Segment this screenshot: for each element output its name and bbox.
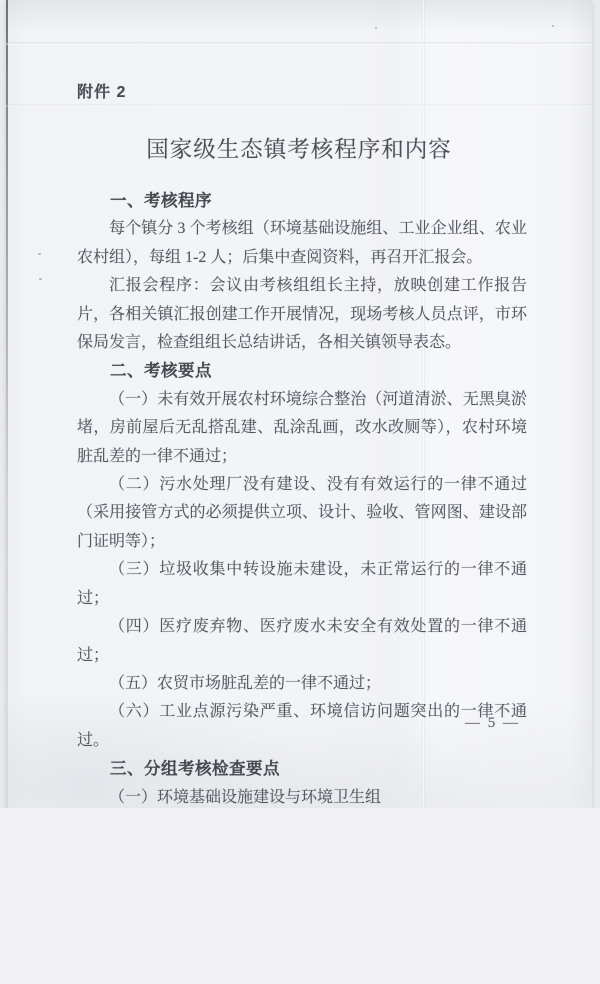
dust-speck <box>552 25 554 27</box>
scanned-document-view: 附件 2 国家级生态镇考核程序和内容 一、考核程序 每个镇分 3 个考核组（环境… <box>0 0 600 984</box>
section-heading-3: 三、分组考核检查要点 <box>77 755 527 783</box>
document-title: 国家级生态镇考核程序和内容 <box>6 132 592 164</box>
paragraph: （三）垃圾收集中转设施未建设，未正常运行的一律不通过； <box>77 556 527 613</box>
paragraph: （二）污水处理厂没有建设、没有有效运行的一律不通过（采用接管方式的必须提供立项、… <box>77 471 527 556</box>
paragraph: （一）未有效开展农村环境综合整治（河道清淤、无黑臭淤堵，房前屋后无乱搭乱建、乱涂… <box>77 386 527 471</box>
paragraph: （四）医疗废弃物、医疗废水未安全有效处置的一律不通过； <box>77 613 527 670</box>
horizontal-crease <box>6 42 592 45</box>
paragraph: 汇报会程序：会议由考核组组长主持，放映创建工作报告片，各相关镇汇报创建工作开展情… <box>77 272 527 357</box>
paragraph: （六）工业点源污染严重、环境信访问题突出的一律不通过。 <box>77 698 527 755</box>
section-heading-1: 一、考核程序 <box>77 187 527 215</box>
dust-speck <box>375 27 377 29</box>
document-body: 一、考核程序 每个镇分 3 个考核组（环境基础设施组、工业企业组、农业农村组），… <box>77 187 527 812</box>
paper-sheet: 附件 2 国家级生态镇考核程序和内容 一、考核程序 每个镇分 3 个考核组（环境… <box>6 0 592 808</box>
paper-left-edge <box>6 0 8 808</box>
horizontal-crease <box>6 104 592 107</box>
dust-speck <box>38 253 41 255</box>
attachment-label: 附件 2 <box>77 79 126 102</box>
paragraph: （五）农贸市场脏乱差的一律不通过； <box>77 670 527 698</box>
scanner-background <box>0 808 600 984</box>
dust-speck <box>39 278 42 280</box>
paragraph: 每个镇分 3 个考核组（环境基础设施组、工业企业组、农业农村组），每组 1-2 … <box>77 215 527 272</box>
section-heading-2: 二、考核要点 <box>77 357 527 385</box>
page-number: — 5 — <box>465 715 520 732</box>
